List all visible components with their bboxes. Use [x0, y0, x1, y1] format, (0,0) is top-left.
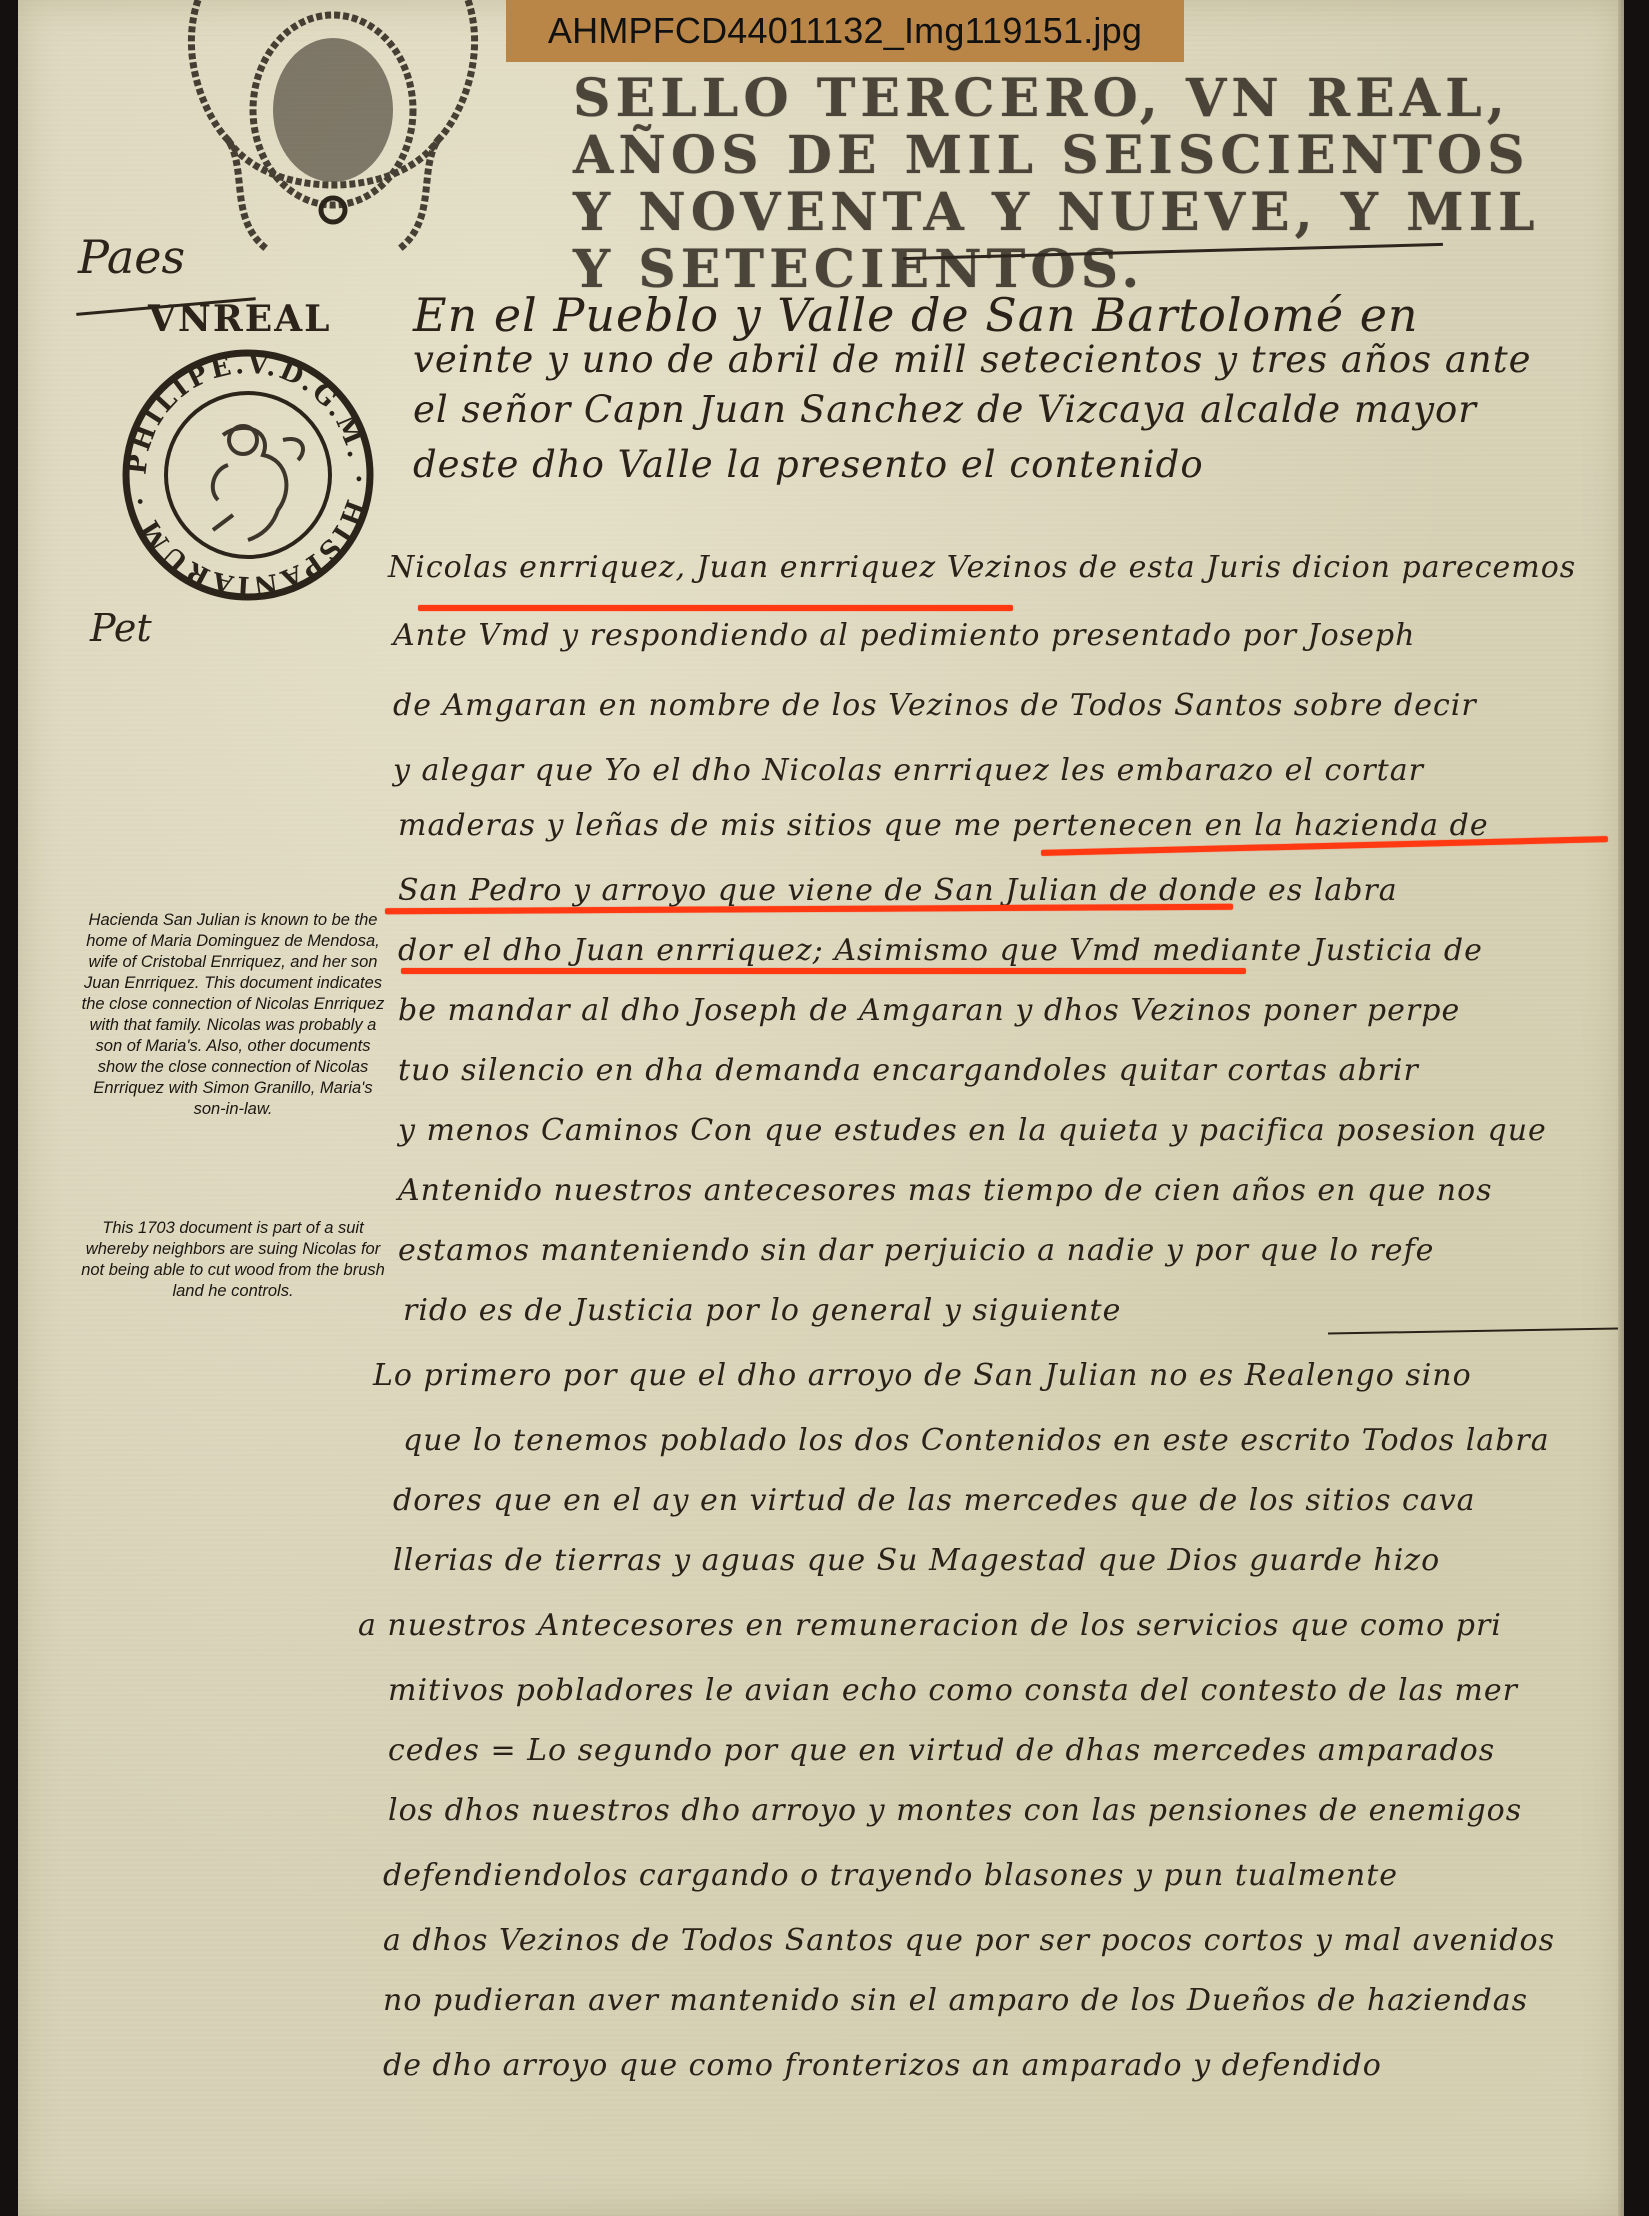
- manuscript-line: San Pedro y arroyo que viene de San Juli…: [398, 873, 1398, 908]
- stamp-header-line: AÑOS DE MIL SEISCIENTOS: [573, 127, 1473, 184]
- manuscript-line: dor el dho Juan enrriquez; Asimismo que …: [398, 933, 1483, 968]
- stamp-printed-header: SELLO TERCERO, VN REAL, AÑOS DE MIL SEIS…: [573, 70, 1473, 298]
- margin-note-bottom: Pet: [90, 606, 152, 650]
- manuscript-line: Antenido nuestros antecesores mas tiempo…: [398, 1173, 1493, 1208]
- manuscript-line: estamos manteniendo sin dar perjuicio a …: [398, 1233, 1434, 1268]
- seal-1703: PHILIPE.V.D.G.M. · HISPANIARUM · 1703: [113, 340, 383, 610]
- stamp-value-label: VNREAL: [148, 298, 331, 340]
- manuscript-line: mitivos pobladores le avian echo como co…: [388, 1673, 1518, 1708]
- page-edge: [1618, 0, 1624, 2216]
- annotation-note-suit: This 1703 document is part of a suit whe…: [78, 1218, 388, 1302]
- manuscript-line: a nuestros Antecesores en remuneracion d…: [358, 1608, 1502, 1643]
- manuscript-line: no pudieran aver mantenido sin el amparo…: [383, 1983, 1528, 2018]
- manuscript-line: rido es de Justicia por lo general y sig…: [403, 1293, 1121, 1328]
- highlight-underline-juan: [401, 968, 1246, 974]
- manuscript-line: cedes = Lo segundo por que en virtud de …: [388, 1733, 1495, 1768]
- stamp-header-line: SELLO TERCERO, VN REAL,: [573, 70, 1473, 127]
- manuscript-line: defendiendolos cargando o trayendo blaso…: [383, 1858, 1398, 1893]
- manuscript-line: de dho arroyo que como fronterizos an am…: [383, 2048, 1382, 2083]
- manuscript-line: En el Pueblo y Valle de San Bartolomé en: [413, 288, 1419, 342]
- manuscript-line: Lo primero por que el dho arroyo de San …: [373, 1358, 1472, 1393]
- manuscript-line: dores que en el ay en virtud de las merc…: [393, 1483, 1476, 1518]
- manuscript-line: tuo silencio en dha demanda encargandole…: [398, 1053, 1419, 1088]
- highlight-underline-names: [418, 605, 1013, 611]
- manuscript-line: que lo tenemos poblado los dos Contenido…: [403, 1423, 1550, 1458]
- ink-dash-line: [1328, 1327, 1618, 1334]
- stamp-header-line: Y NOVENTA Y NUEVE, Y MIL: [573, 184, 1473, 241]
- manuscript-line: a dhos Vezinos de Todos Santos que por s…: [383, 1923, 1555, 1958]
- manuscript-line: Nicolas enrriquez, Juan enrriquez Vezino…: [388, 550, 1576, 585]
- lion-seal-icon: PHILIPE.V.D.G.M. · HISPANIARUM · 1703: [113, 340, 383, 610]
- manuscript-line: maderas y leñas de mis sitios que me per…: [398, 808, 1489, 843]
- manuscript-line: veinte y uno de abril de mill seteciento…: [413, 338, 1532, 381]
- manuscript-line: y alegar que Yo el dho Nicolas enrriquez…: [393, 753, 1424, 788]
- manuscript-line: el señor Capn Juan Sanchez de Vizcaya al…: [413, 388, 1477, 431]
- coat-of-arms-icon: [168, 0, 498, 260]
- royal-coat-of-arms-stamp: [168, 0, 498, 260]
- manuscript-line: deste dho Valle la presento el contenido: [413, 443, 1204, 486]
- document-page: AHMPFCD44011132_Img119151.jpg SELLO TERC…: [18, 0, 1624, 2216]
- manuscript-line: los dhos nuestros dho arroyo y montes co…: [388, 1793, 1522, 1828]
- manuscript-line: llerias de tierras y aguas que Su Magest…: [393, 1543, 1440, 1578]
- manuscript-line: Ante Vmd y respondiendo al pedimiento pr…: [393, 618, 1415, 653]
- manuscript-line: de Amgaran en nombre de los Vezinos de T…: [393, 688, 1477, 723]
- annotation-note-hacienda: Hacienda San Julian is known to be the h…: [78, 910, 388, 1120]
- svg-text:PHILIPE.V.D.G.M. · HISPANIARUM: PHILIPE.V.D.G.M. · HISPANIARUM · 1703: [113, 340, 373, 601]
- manuscript-line: y menos Caminos Con que estudes en la qu…: [398, 1113, 1547, 1148]
- filename-label: AHMPFCD44011132_Img119151.jpg: [506, 0, 1184, 62]
- margin-note-top: Paes: [78, 230, 185, 284]
- manuscript-line: be mandar al dho Joseph de Amgaran y dho…: [398, 993, 1460, 1028]
- seal-text: PHILIPE.V.D.G.M. · HISPANIARUM · 1703: [113, 340, 373, 601]
